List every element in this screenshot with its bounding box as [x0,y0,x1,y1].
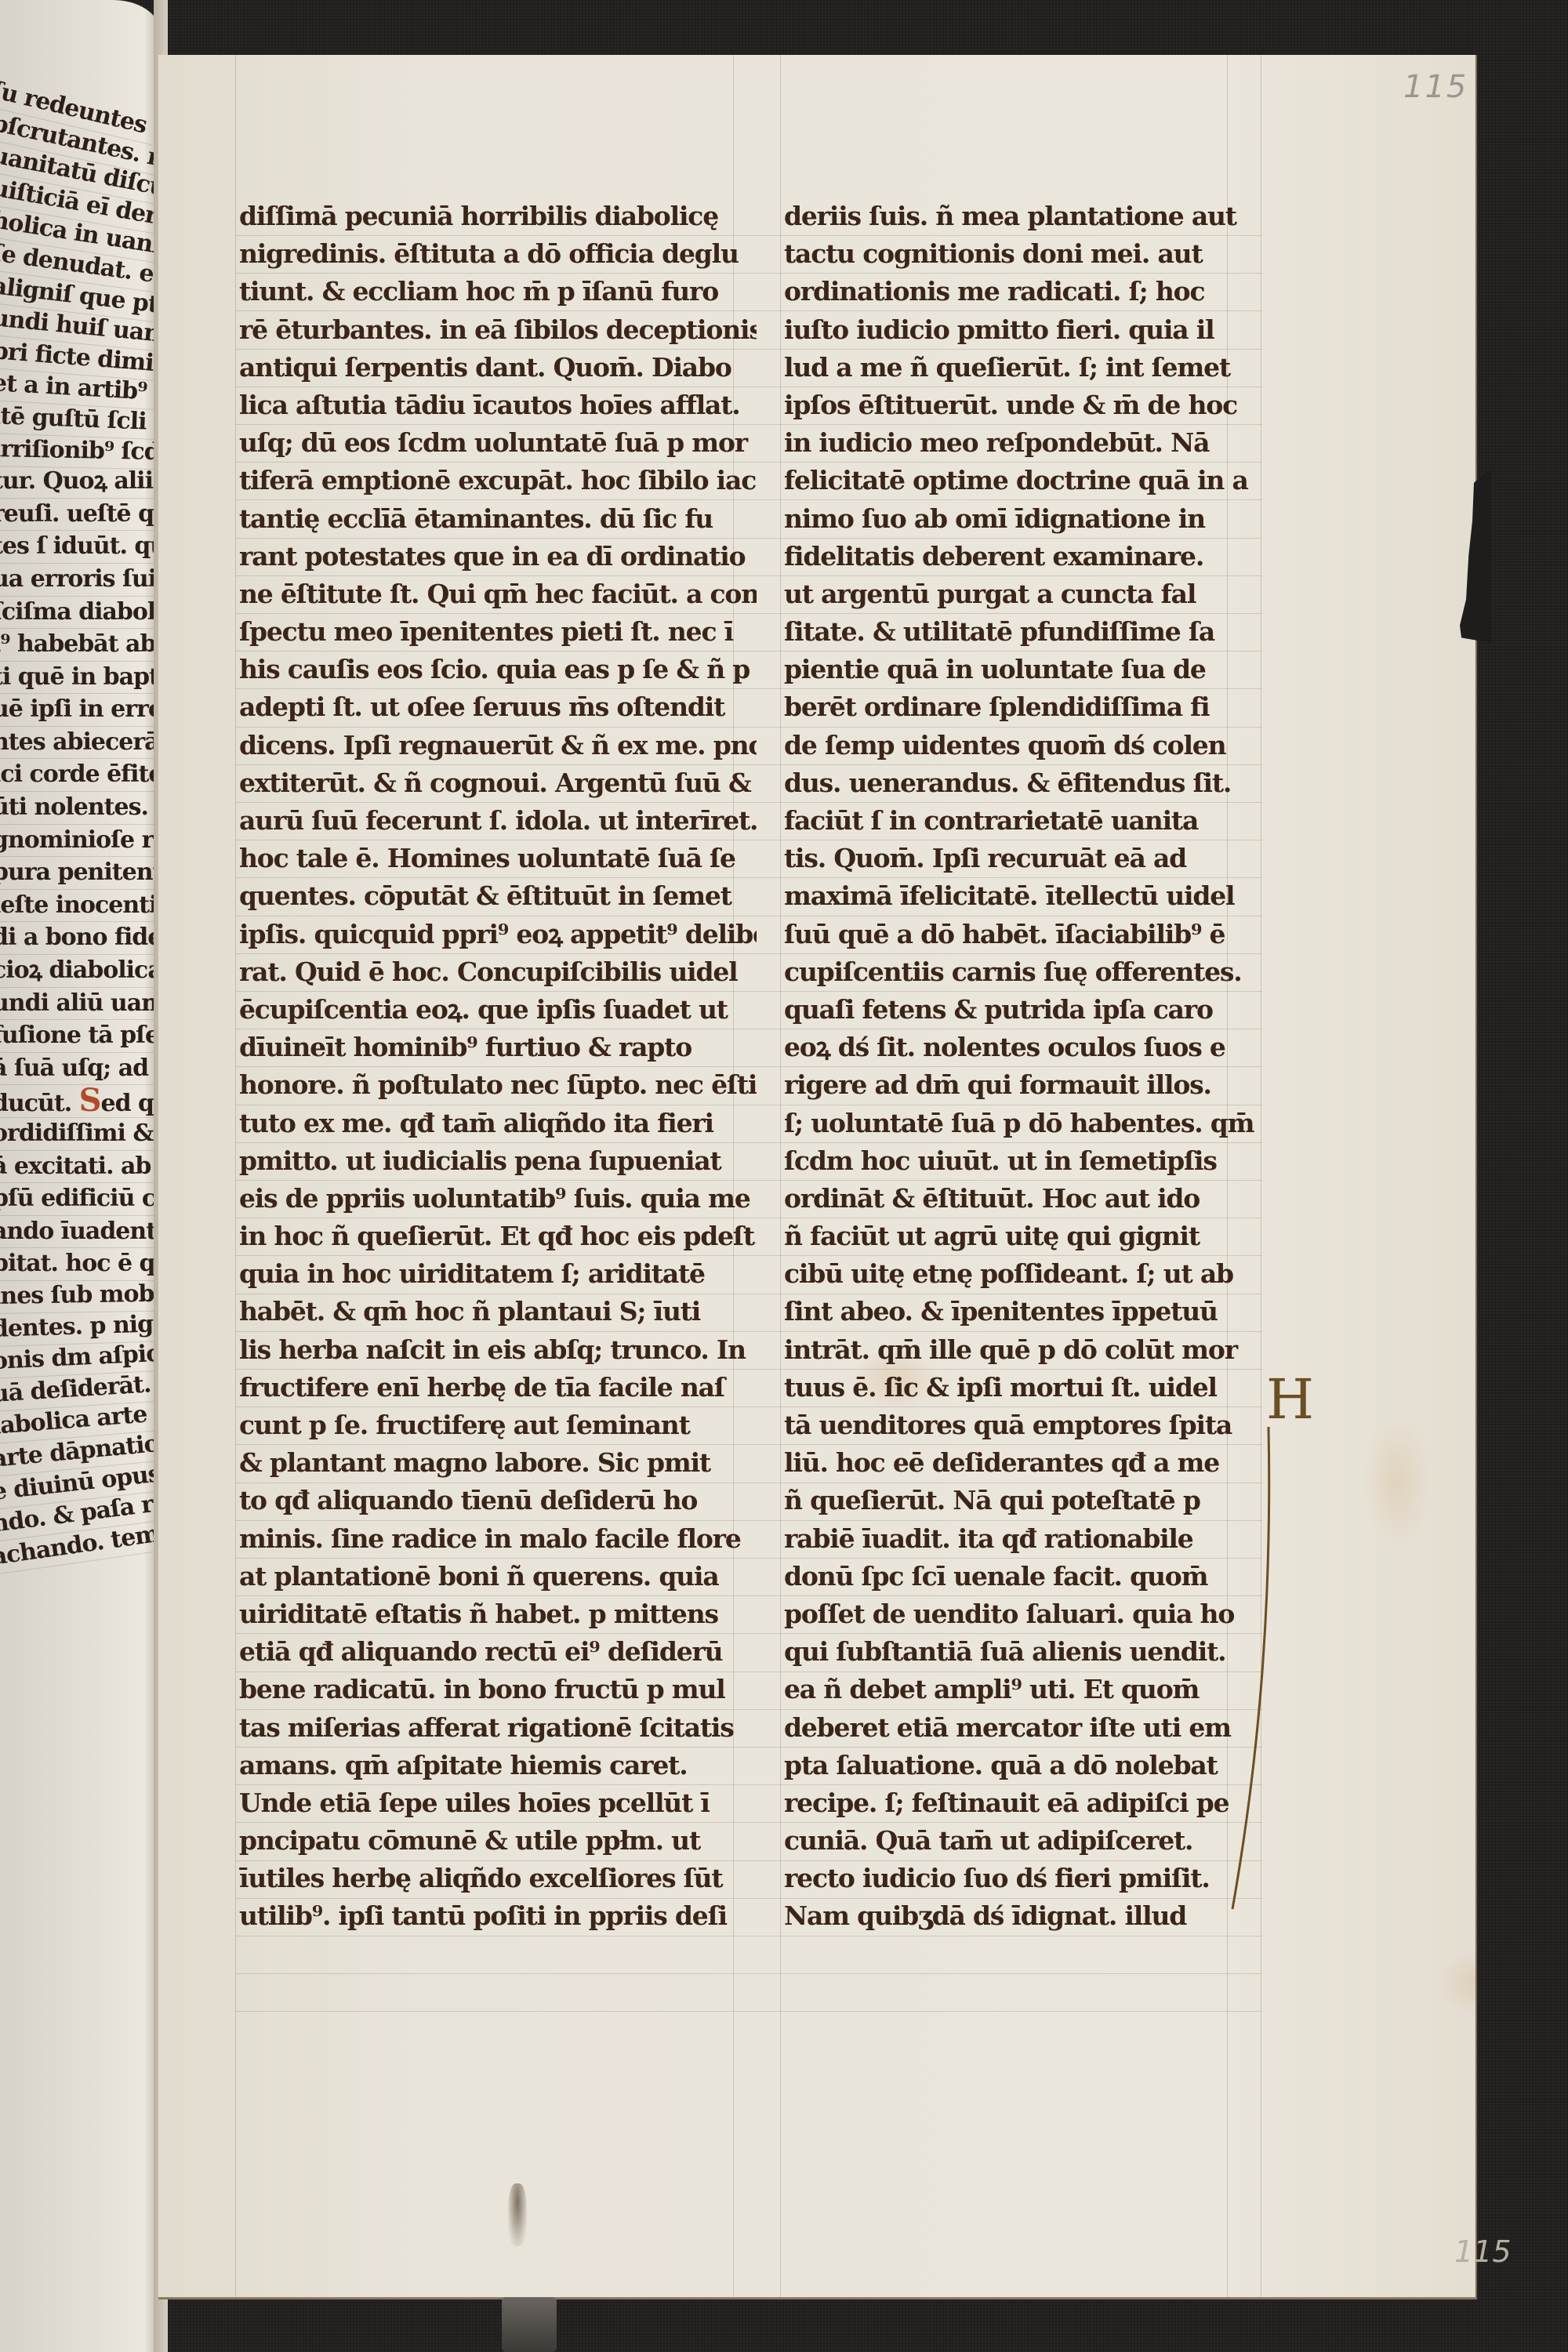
manuscript-line: liū. hoc eē deſiderantes qđ a me [784,1444,1301,1482]
manuscript-line: dīuineīt hominib⁹ furtiuo & rapto [239,1029,757,1066]
manuscript-line: etiā qđ aliquando rectū ei⁹ deſiderū [239,1633,757,1671]
verso-line: l⁹ habebāt abicientes [0,629,160,662]
rubricated-initial: S [79,1085,101,1118]
manuscript-line: tas miſerias afferat rigationē ſcitatis [239,1709,757,1747]
manuscript-line: iuſto iudicio pmitto fieri. quia il [784,311,1301,349]
manuscript-line: tiferā emptionē excupāt. hoc ſibilo iac [239,462,757,499]
verso-text-block: ſu redeuntes undepſcrutantes. multauanit… [0,74,160,1574]
verso-line: gnominioſe remanēt [0,825,160,858]
ruling-line [780,55,781,2297]
verso-line: ducūt. Sed qđ uid [0,1085,160,1118]
manuscript-line: poſſet de uendito ſaluari. quia ho [784,1595,1301,1633]
manuscript-line: ſint abeo. & īpenitentes īppetuū [784,1293,1301,1330]
verso-line: ā excitati. ab aquilon [0,1151,160,1184]
manuscript-line: dicens. Ipſi regnauerūt & ñ ex me. pncip… [239,727,757,764]
manuscript-line: tiunt. & eccliam hoc m̄ p īſanū furo [239,273,757,310]
facing-verso-page: ſu redeuntes undepſcrutantes. multauanit… [0,0,160,2352]
manuscript-line: in iudicio meo reſpondebūt. Nā [784,424,1301,462]
verso-line: ua erroris ſui redeun [0,564,160,597]
marginal-pen-stroke [1231,1427,1278,1913]
manuscript-line: pientie quā in uoluntate ſua de [784,651,1301,688]
manuscript-line: lud a me ñ queſierūt. ſ; int ſemet [784,349,1301,387]
manuscript-line: to qđ aliquando tīenū deſiderū ho [239,1482,757,1519]
verso-line: ntes abiecerāt. iñi eū [0,727,160,760]
manuscript-line: cupiſcentiis carnis ſuę offerentes. [784,953,1301,991]
manuscript-line: cibū uitę etnę poſſideant. ſ; ut ab [784,1255,1301,1293]
manuscript-line: ordinationis me radicati. ſ; hoc [784,273,1301,310]
manuscript-line: felicitatē optime doctrine quā in a [784,462,1301,499]
manuscript-line: utilib⁹. ipſi tantū poſiti in ppriis deſ… [239,1897,757,1935]
manuscript-line: qui ſubſtantiā ſuā alienis uendit. [784,1633,1301,1671]
text-column-a: diſſimā pecuniā horribilis diabolicęnigr… [239,198,757,1936]
verso-line: undi aliū uanitati [0,988,160,1021]
manuscript-line: Nam quibʒdā dś īdignat. illud [784,1897,1301,1935]
manuscript-line: uſq; dū eos ſcdm uoluntatē ſuā p mor [239,424,757,462]
manuscript-line: rat. Quid ē hoc. Concupiſcibilis uidel [239,953,757,991]
manuscript-line: ſcdm hoc uiuūt. ut in ſemetipſis [784,1142,1301,1180]
manuscript-line: quaſi fetens & putrida ipſa caro [784,991,1301,1029]
verso-line: pſū edificiū currūt. n [0,1183,160,1216]
manuscript-line: ne ēſtitute ſt. Qui qm̄ hec faciūt. a co… [239,575,757,613]
verso-line: uē ipſi in errorib⁹ ſuis [0,694,160,727]
manuscript-line: tā uenditores quā emptores ſpita [784,1406,1301,1444]
manuscript-line: tis. Quom̄. Ipſi recuruāt eā ad [784,840,1301,877]
verso-line: di a bono fideliū op [0,922,160,955]
manuscript-line: at plantationē boni ñ querens. quia [239,1558,757,1595]
manuscript-line: pncipatu cōmunē & utile ppłm. ut [239,1822,757,1860]
marginal-letter-annotation: H [1266,1372,1314,1427]
verso-line: ūti nolentes. ea denud [0,792,160,825]
manuscript-line: tantię ecclīā ētaminantes. dū ſic fu [239,500,757,538]
verso-line: ando īuadentes. in ea [0,1216,160,1249]
ink-smudge [508,2183,527,2246]
manuscript-line: ſpectu meo īpenitentes pieti ſt. nec ī [239,613,757,651]
manuscript-line: ſitate. & utilitatē pfundiſſime ſa [784,613,1301,651]
manuscript-line: ñ queſierūt. Nā qui poteſtatē p [784,1482,1301,1519]
verso-line: cioꝝ diabolicaꝝ arti [0,955,160,988]
verso-line: irriſionib⁹ ſcdm decep [0,434,160,470]
verso-line: ici corde ēfitentes reſu [0,759,160,792]
manuscript-line: lica aſtutia tādiu īcautos hoīes afflat. [239,387,757,424]
ruling-line [235,1973,1262,1974]
manuscript-line: ſ; uoluntatē ſuā p dō habentes. qm̄ [784,1105,1301,1142]
manuscript-line: nigredinis. ēſtituta a dō officia deglu [239,235,757,273]
manuscript-line: rigere ad dm̄ qui formauit illos. [784,1066,1301,1104]
manuscript-line: adepti ſt. ut oſee ſeruus m̄s oſtendit [239,688,757,726]
manuscript-line: ipſis. quicquid ppri⁹ eoꝝ appetit⁹ delib… [239,916,757,953]
manuscript-line: donū ſpc ſcī uenale facit. quom̄ [784,1558,1301,1595]
manuscript-line: ut argentū purgat a cuncta fal [784,575,1301,613]
manuscript-line: his cauſis eos ſcio. quia eas p ſe & ñ p… [239,651,757,688]
manuscript-line: fructifere enī herbę de tīa facile naſ [239,1369,757,1406]
verso-line: ines ſub mobili calor [0,1279,160,1314]
verso-line: ā ſuā uſq; ad mortē [0,1053,160,1086]
manuscript-line: intrāt. qm̄ ille quē p dō colūt mor [784,1331,1301,1369]
verso-line: tes ſ iduūt. quia iſti ad [0,531,160,564]
manuscript-line: Unde etiā ſepe uiles hoīes pcellūt ī [239,1784,757,1822]
manuscript-line: bene radicatū. in bono fructū p mul [239,1671,757,1708]
manuscript-line: minis. ſine radice in malo facile flore [239,1520,757,1558]
manuscript-line: rē ēturbantes. in eā ſibilos deceptionis [239,311,757,349]
bookmark-ribbon [502,2297,557,2352]
manuscript-line: diſſimā pecuniā horribilis diabolicę [239,198,757,235]
verso-line: tur. Quoꝝ alii in ide [0,466,160,499]
manuscript-line: & plantant magno labore. Sic pmit [239,1444,757,1482]
manuscript-line: berēt ordinare ſplendidiſſima fi [784,688,1301,726]
verso-line: bitat. hoc ē qđ quida [0,1248,160,1281]
manuscript-line: eoꝝ dś ſit. nolentes oculos ſuos e [784,1029,1301,1066]
verso-line: reuſi. ueſtē quā abiec [0,499,160,532]
manuscript-line: amans. qm̄ aſpitate hiemis caret. [239,1747,757,1784]
verso-line: ſciſma diaboli qđ ſcdm [0,597,160,630]
manuscript-line: ēcupiſcentia eoꝝ. que ipſis ſuadet ut [239,991,757,1029]
manuscript-line: recto iudicio ſuo dś fieri pmiſit. [784,1860,1301,1897]
manuscript-line: recipe. ſ; feſtinauit eā adipiſci pe [784,1784,1301,1822]
manuscript-line: deberet etiā mercator iſte uti em [784,1709,1301,1747]
manuscript-line: honore. ñ poſtulato nec ſūpto. nec ēſti [239,1066,757,1104]
manuscript-line: ſuū quē a dō habēt. īſaciabilib⁹ ē [784,916,1301,953]
verso-line: ieſte inocentię ſpolia [0,890,160,923]
manuscript-line: extiterūt. & ñ cognoui. Argentū ſuū & [239,764,757,802]
manuscript-line: rabiē īuadit. ita qđ rationabile [784,1520,1301,1558]
manuscript-line: īutiles herbę aliqñdo excelſiores ſūt [239,1860,757,1897]
manuscript-line: antiqui ſerpentis dant. Quom̄. Diabo [239,349,757,387]
manuscript-line: quentes. cōputāt & ēſtituūt in ſemet [239,877,757,915]
text-column-b: deriis ſuis. ñ mea plantatione auttactu … [784,198,1301,1936]
manuscript-line: rant potestates que in ea dī ordinatio [239,538,757,575]
manuscript-line: ñ faciūt ut agrū uitę qui gignit [784,1218,1301,1255]
manuscript-line: nimo ſuo ab omī īdignatione in [784,500,1301,538]
manuscript-line: pta ſaluatione. quā a dō nolebat [784,1747,1301,1784]
manuscript-line: tuto ex me. qđ tam̄ aliqñdo ita fieri [239,1105,757,1142]
manuscript-line: pmitto. ut iudicialis pena ſupueniat [239,1142,757,1180]
folio-number-top: 115 [1403,69,1468,105]
manuscript-line: aurū ſuū fecerunt ſ. idola. ut interīret… [239,802,757,840]
manuscript-line: tactu cognitionis doni mei. aut [784,235,1301,273]
verso-line: ordidiſſimi & nigerr [0,1118,160,1151]
manuscript-line: in hoc ñ queſierūt. Et qđ hoc eis pdeſt. [239,1218,757,1255]
manuscript-line: cunt p ſe. fructiferę aut ſeminant [239,1406,757,1444]
manuscript-line: tuus ē. ſic & ipſi mortui ſt. uidel [784,1369,1301,1406]
manuscript-line: maximā īfelicitatē. ītellectū uidel [784,877,1301,915]
manuscript-line: lis herba naſcit in eis abſq; trunco. In [239,1331,757,1369]
manuscript-line: hoc tale ē. Homines uoluntatē ſuā ſe [239,840,757,877]
manuscript-line: fidelitatis deberent examinare. [784,538,1301,575]
verso-line: pura penitentia redi [0,857,160,890]
verso-line: fuſione tā pſenti ſc [0,1020,160,1053]
manuscript-line: dus. uenerandus. & ēfitendus ſit. [784,764,1301,802]
manuscript-line: cuniā. Quā tam̄ ut adipiſceret. [784,1822,1301,1860]
manuscript-line: ipſos ēſtituerūt. unde & m̄ de hoc [784,387,1301,424]
ruling-line [235,1936,1262,1936]
manuscript-line: habēt. & qm̄ hoc ñ plantaui S; īuti [239,1293,757,1330]
manuscript-line: ea ñ debet ampli⁹ uti. Et quom̄ [784,1671,1301,1708]
ruling-line [235,55,236,2297]
manuscript-line: uiriditatē eſtatis ñ habet. p mittens [239,1595,757,1633]
manuscript-line: faciūt ſ in contrarietatē uanita [784,802,1301,840]
ruling-line [235,2011,1262,2012]
manuscript-line: de ſemp uidentes quom̄ dś colen [784,727,1301,764]
manuscript-line: deriis ſuis. ñ mea plantatione aut [784,198,1301,235]
manuscript-line: quia in hoc uiriditatem ſ; ariditatē [239,1255,757,1293]
manuscript-line: ordināt & ēſtituūt. Hoc aut ido [784,1180,1301,1218]
folio-number-bottom: 115 [1454,2234,1512,2269]
manuscript-line: eis de ppriis uoluntatib⁹ ſuis. quia me [239,1180,757,1218]
verso-line: ti quē in baptiſmo ſuſ [0,662,160,695]
